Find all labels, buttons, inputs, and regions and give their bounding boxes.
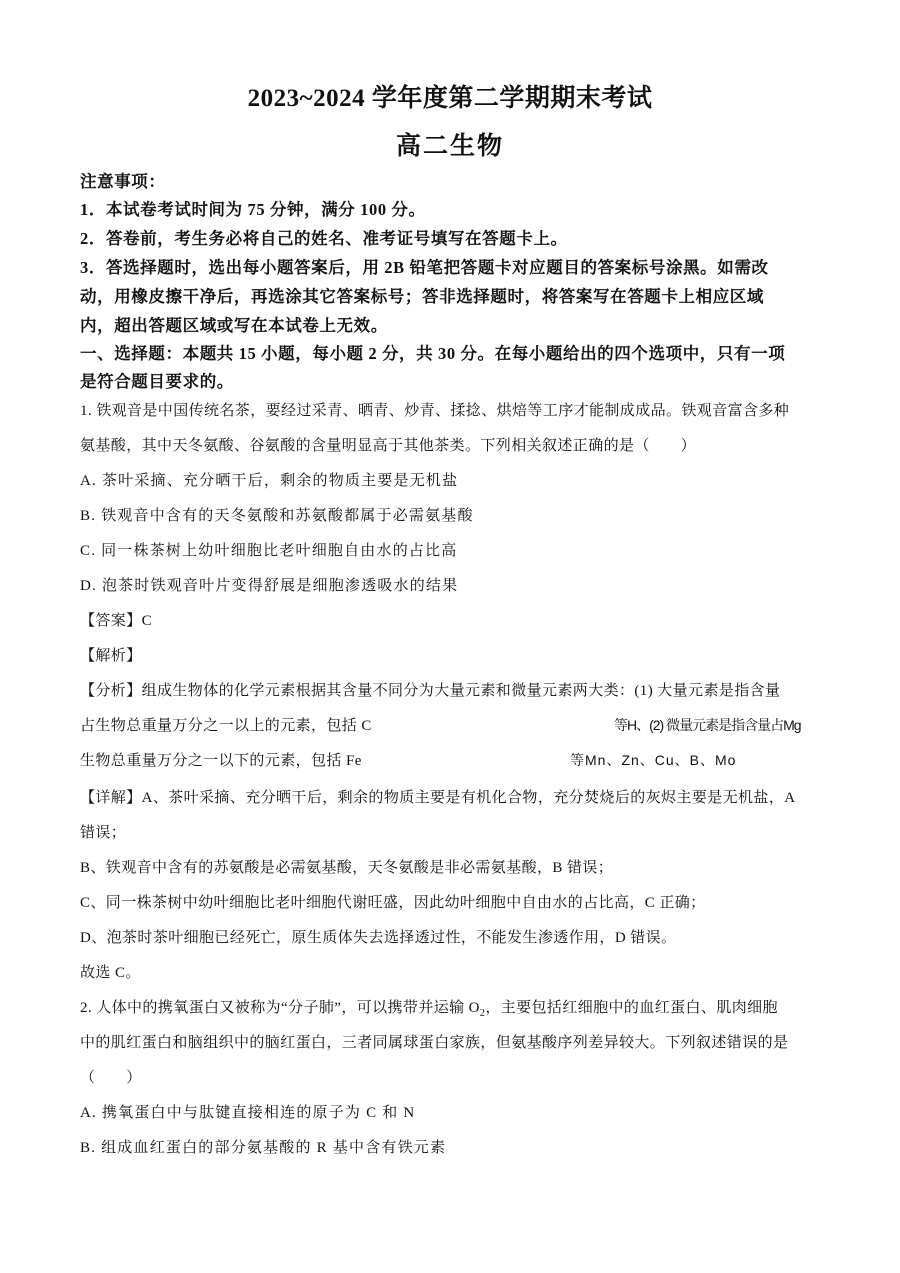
question-1-option-a: A. 茶叶采摘、充分晒干后，剩余的物质主要是无机盐 [80,469,458,490]
section-heading-cont: 是符合题目要求的。 [80,368,234,392]
question-1-answer: 【答案】C [80,609,152,630]
question-1-analysis-label: 【解析】 [80,644,142,665]
question-1-analysis-line2-left: 占生物总重量万分之一以上的元素，包括 C [80,714,372,735]
notice-item-3-cont1: 动，用橡皮擦干净后，再选涂其它答案标号；答非选择题时，将答案写在答题卡上相应区域 [80,283,764,307]
question-1-detail-line4: C、同一株茶树中幼叶细胞比老叶细胞代谢旺盛，因此幼叶细胞中自由水的占比高，C 正… [80,891,706,912]
question-2-stem: 2. 人体中的携氧蛋白又被称为“分子肺”，可以携带并运输 O2，主要包括红细胞中… [80,996,778,1019]
notice-heading: 注意事项： [80,168,166,192]
question-1-analysis-line1: 【分析】组成生物体的化学元素根据其含量不同分为大量元素和微量元素两大类：(1) … [80,679,780,700]
question-1-option-b: B. 铁观音中含有的天冬氨酸和苏氨酸都属于必需氨基酸 [80,504,474,525]
question-1-detail-line3: B、铁观音中含有的苏氨酸是必需氨基酸，天冬氨酸是非必需氨基酸，B 错误； [80,856,613,877]
exam-subject: 高二生物 [0,126,900,162]
question-1-stem-cont: 氨基酸，其中天冬氨酸、谷氨酸的含量明显高于其他茶类。下列相关叙述正确的是（ ） [80,434,696,455]
question-1-option-c: C. 同一株茶树上幼叶细胞比老叶细胞自由水的占比高 [80,539,458,560]
notice-item-3-cont2: 内，超出答题区域或写在本试卷上无效。 [80,312,388,336]
question-1-stem: 1. 铁观音是中国传统名茶，要经过采青、晒青、炒青、揉捻、烘焙等工序才能制成成品… [80,399,789,420]
exam-title: 2023~2024 学年度第二学期期末考试 [0,78,900,114]
question-1-analysis-line2-right: 等H、(2) 微量元素是指含量占Mg [614,715,801,735]
question-2-stem-post: ，主要包括红细胞中的血红蛋白、肌肉细胞 [485,1000,778,1016]
question-1-detail-line5: D、泡茶时茶叶细胞已经死亡，原生质体失去选择透过性，不能发生渗透作用，D 错误。 [80,926,676,947]
exam-page: 2023~2024 学年度第二学期期末考试 高二生物 注意事项： 1．本试卷考试… [0,0,900,1273]
question-1-analysis-line3-left: 生物总重量万分之一以下的元素，包括 Fe [80,749,362,770]
question-2-stem-pre: 2. 人体中的携氧蛋白又被称为“分子肺”，可以携带并运输 O [80,1000,480,1016]
question-1-conclusion: 故选 C。 [80,961,141,982]
notice-item-3: 3．答选择题时，选出每小题答案后，用 2B 铅笔把答题卡对应题目的答案标号涂黑。… [80,254,769,278]
notice-item-1: 1．本试卷考试时间为 75 分钟，满分 100 分。 [80,196,426,220]
question-2-stem-bracket: （ ） [80,1066,142,1087]
notice-item-2: 2．答卷前，考生务必将自己的姓名、准考证号填写在答题卡上。 [80,225,568,249]
section-heading: 一、选择题：本题共 15 小题，每小题 2 分，共 30 分。在每小题给出的四个… [80,340,785,364]
question-1-detail-line2: 错误； [80,821,126,842]
question-1-analysis-line3-right: 等Mn、Zn、Cu、B、Mo [570,750,736,770]
question-2-stem-cont: 中的肌红蛋白和脑组织中的脑红蛋白，三者同属球蛋白家族，但氨基酸序列差异较大。下列… [80,1031,788,1052]
question-2-option-a: A. 携氧蛋白中与肽键直接相连的原子为 C 和 N [80,1101,415,1122]
question-1-detail-line1: 【详解】A、茶叶采摘、充分晒干后，剩余的物质主要是有机化合物，充分焚烧后的灰烬主… [80,786,795,807]
question-1-option-d: D. 泡茶时铁观音叶片变得舒展是细胞渗透吸水的结果 [80,574,458,595]
question-2-option-b: B. 组成血红蛋白的部分氨基酸的 R 基中含有铁元素 [80,1136,446,1157]
